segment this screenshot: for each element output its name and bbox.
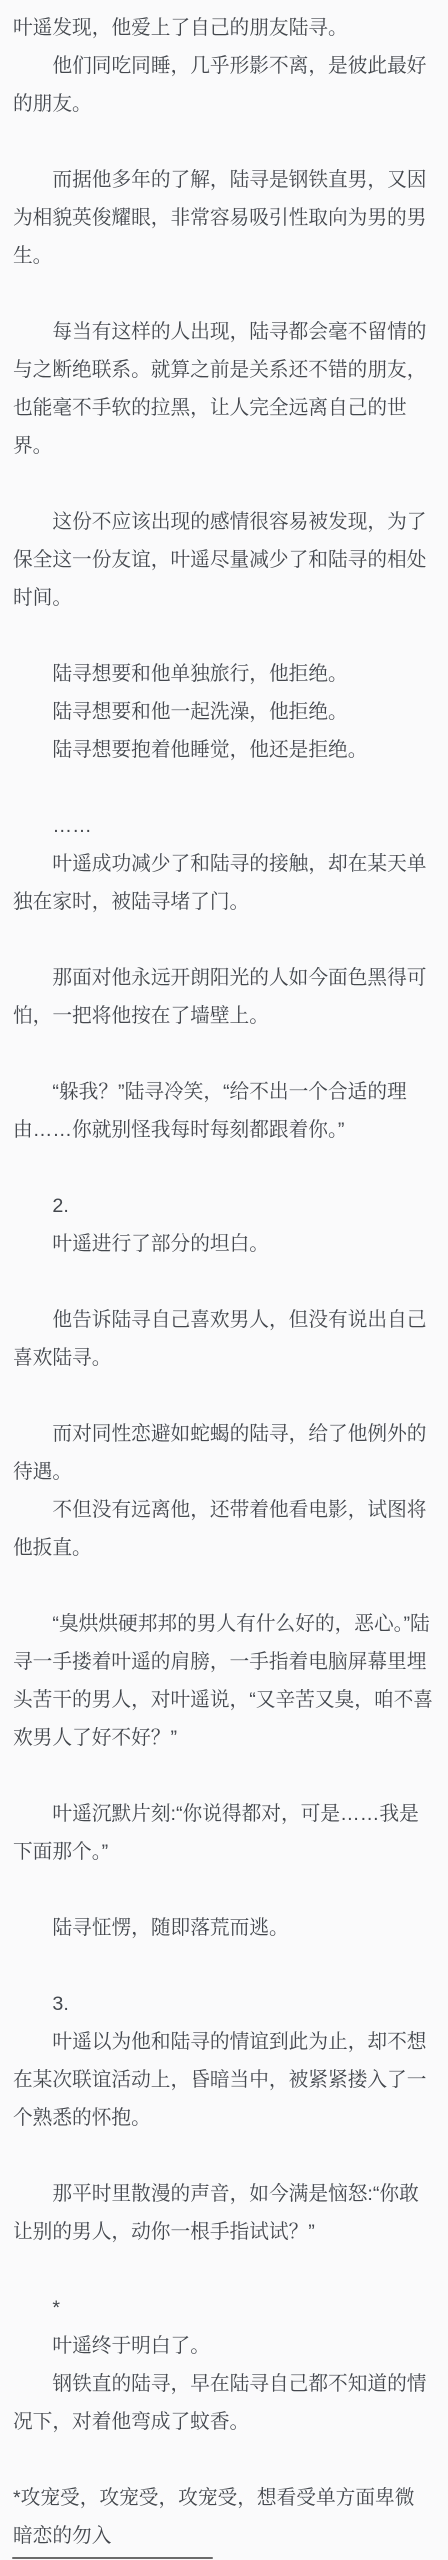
paragraph: 叶遥进行了部分的坦白。 [13, 1225, 434, 1263]
paragraph: 钢铁直的陆寻，早在陆寻自己都不知道的情况下，对着他弯成了蚊香。 [13, 2365, 434, 2441]
paragraph: 而据他多年的了解，陆寻是钢铁直男，又因为相貌英俊耀眼，非常容易吸引性取向为男的男… [13, 161, 434, 275]
paragraph: 他告诉陆寻自己喜欢男人，但没有说出自己喜欢陆寻。 [13, 1301, 434, 1377]
paragraph: * [13, 2289, 434, 2327]
paragraph: 不但没有远离他，还带着他看电影，试图将他扳直。 [13, 1491, 434, 1567]
paragraph: 他们同吃同睡，几乎形影不离，是彼此最好的朋友。 [13, 47, 434, 123]
paragraph: 这份不应该出现的感情很容易被发现，为了保全这一份友谊，叶遥尽量减少了和陆寻的相处… [13, 503, 434, 617]
paragraph: 2. [13, 1187, 434, 1225]
paragraph: 那平时里散漫的声音，如今满是恼怒:“你敢让别的男人，动你一根手指试试？” [13, 2175, 434, 2251]
novel-text-body: 叶遥发现，他爱上了自己的朋友陆寻。他们同吃同睡，几乎形影不离，是彼此最好的朋友。… [0, 0, 448, 2555]
paragraph: 叶遥成功减少了和陆寻的接触，却在某天单独在家时，被陆寻堵了门。 [13, 845, 434, 921]
paragraph: 叶遥发现，他爱上了自己的朋友陆寻。 [13, 9, 434, 47]
bottom-divider [12, 2557, 213, 2559]
paragraph: “臭烘烘硬邦邦的男人有什么好的，恶心。”陆寻一手搂着叶遥的肩膀，一手指着电脑屏幕… [13, 1605, 434, 1757]
paragraph: 而对同性恋避如蛇蝎的陆寻，给了他例外的待遇。 [13, 1415, 434, 1491]
paragraph: 那面对他永远开朗阳光的人如今面色黑得可怕，一把将他按在了墙壁上。 [13, 959, 434, 1035]
paragraph: *攻宠受，攻宠受，攻宠受，想看受单方面卑微暗恋的勿入 [13, 2479, 434, 2555]
paragraph: 陆寻想要和他单独旅行，他拒绝。 [13, 655, 434, 693]
paragraph: 3. [13, 1985, 434, 2023]
paragraph: 叶遥沉默片刻:“你说得都对，可是……我是下面那个。” [13, 1795, 434, 1871]
paragraph: 陆寻想要和他一起洗澡，他拒绝。 [13, 693, 434, 731]
novel-reader-page: 叶遥发现，他爱上了自己的朋友陆寻。他们同吃同睡，几乎形影不离，是彼此最好的朋友。… [0, 0, 448, 2560]
paragraph: 叶遥终于明白了。 [13, 2327, 434, 2365]
paragraph: “躲我？”陆寻冷笑，“给不出一个合适的理由……你就别怪我每时每刻都跟着你。” [13, 1073, 434, 1149]
paragraph: 每当有这样的人出现，陆寻都会毫不留情的与之断绝联系。就算之前是关系还不错的朋友，… [13, 313, 434, 465]
paragraph: …… [13, 807, 434, 845]
paragraph: 陆寻想要抱着他睡觉，他还是拒绝。 [13, 731, 434, 769]
paragraph: 陆寻怔愣，随即落荒而逃。 [13, 1909, 434, 1947]
paragraph: 叶遥以为他和陆寻的情谊到此为止，却不想在某次联谊活动上，昏暗当中，被紧紧搂入了一… [13, 2023, 434, 2137]
